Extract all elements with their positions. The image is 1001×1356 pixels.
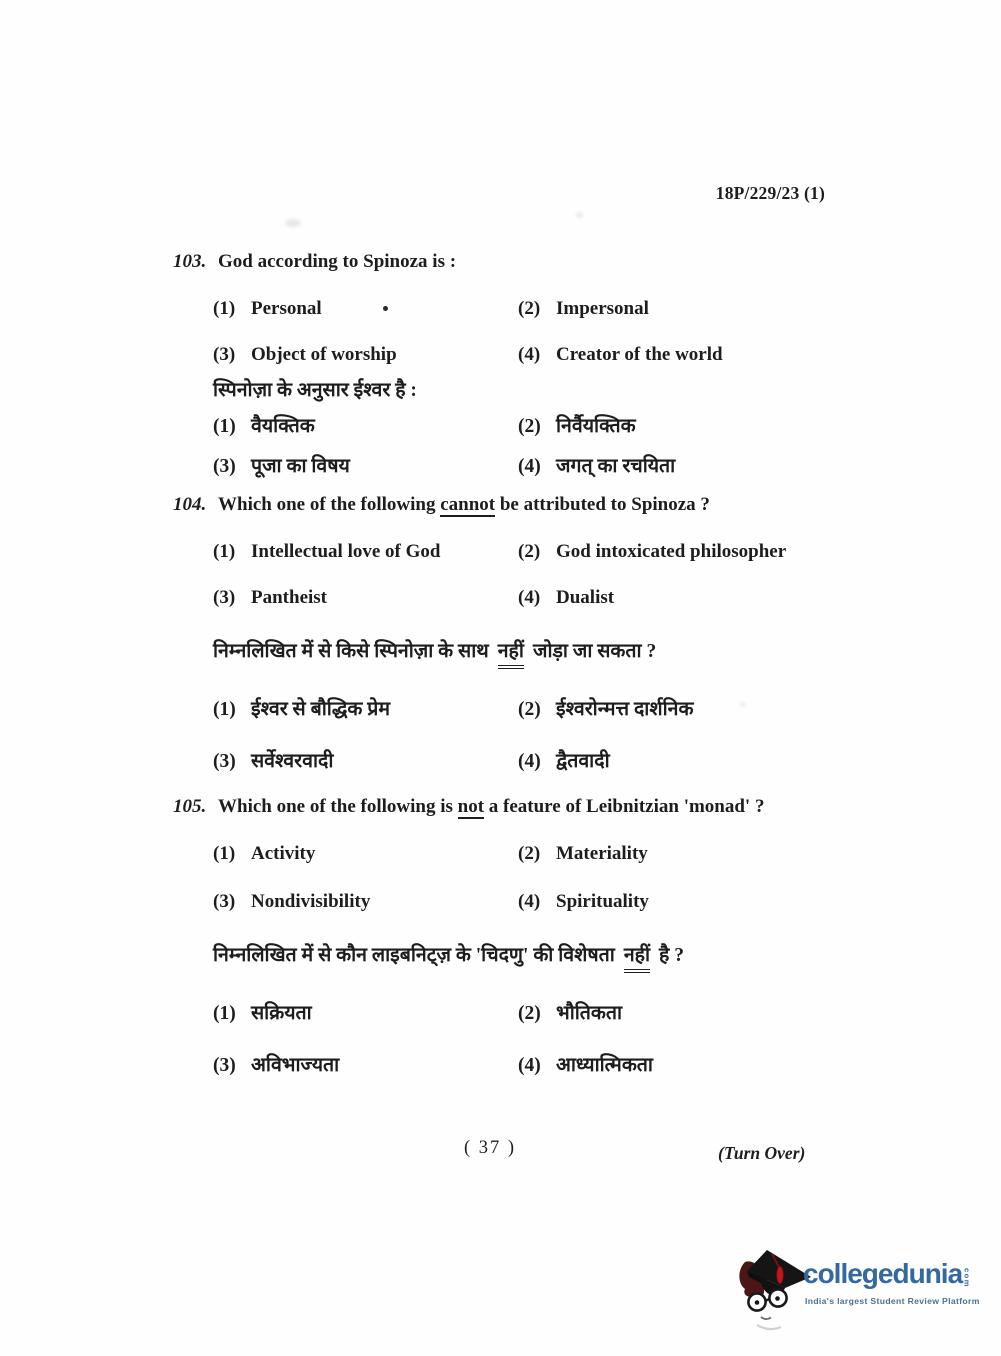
option-3: (3)Nondivisibility (213, 889, 518, 915)
question-text-post: a feature of Leibnitzian 'monad' ? (484, 796, 764, 817)
collegedunia-logo: collegedunia com India's largest Student… (733, 1234, 995, 1338)
question-text-underlined: नहीं (498, 639, 524, 669)
option-marker: (1) (213, 414, 251, 440)
option-marker: (4) (518, 585, 556, 611)
option-label: ईश्वरोन्मत्त दार्शनिक (556, 699, 693, 720)
option-label: सर्वेश्वरवादी (251, 751, 333, 772)
option-2: (2)भौतिकता (518, 1001, 853, 1027)
option-3: (3)Object of worship (213, 342, 518, 368)
option-2: (2)God intoxicated philosopher (518, 539, 853, 565)
option-4: (4)द्वैतवादी (518, 749, 853, 775)
question-text-pre: निम्नलिखित में से किसे स्पिनोज़ा के साथ (213, 639, 489, 669)
options-english: (1)Intellectual love of God (2)God intox… (213, 539, 853, 611)
question-text-underlined: cannot (440, 494, 495, 517)
option-label: Personal (251, 298, 322, 319)
question-text-pre: स्पिनोज़ा के अनुसार ईश्वर है : (213, 378, 417, 404)
exam-paper-page: 18P/229/23 (1) 103. God according to Spi… (0, 0, 1001, 1356)
option-label: Dualist (556, 587, 614, 608)
option-2: (2)Impersonal (518, 296, 853, 322)
option-marker: (2) (518, 697, 556, 723)
option-marker: (2) (518, 296, 556, 322)
scan-smudge (576, 212, 583, 218)
option-2: (2)Materiality (518, 841, 853, 867)
mascot-chin (757, 1325, 781, 1329)
option-1: (1)Activity (213, 841, 518, 867)
option-marker: (3) (213, 889, 251, 915)
brand-tld: com (963, 1268, 971, 1288)
option-label: आध्यात्मिकता (556, 1055, 653, 1076)
option-marker: (2) (518, 539, 556, 565)
question-number: 103. (173, 249, 209, 275)
option-label: Object of worship (251, 344, 397, 365)
option-1: (1)Intellectual love of God (213, 539, 518, 565)
option-label: अविभाज्यता (251, 1055, 339, 1076)
question-text-pre: Which one of the following is (218, 796, 458, 817)
option-4: (4)आध्यात्मिकता (518, 1053, 853, 1079)
option-marker: (3) (213, 454, 251, 480)
option-4: (4)जगत् का रचयिता (518, 454, 853, 480)
option-2: (2)ईश्वरोन्मत्त दार्शनिक (518, 697, 853, 723)
brand-wordmark: collegedunia (803, 1260, 962, 1288)
option-2: (2)निर्वैयक्तिक (518, 414, 853, 440)
option-marker: (2) (518, 414, 556, 440)
option-label: Creator of the world (556, 344, 723, 365)
question-105: 105. Which one of the following is not a… (173, 794, 853, 1089)
option-label: Materiality (556, 843, 648, 864)
option-3: (3)Pantheist (213, 585, 518, 611)
question-text: Which one of the following is not a feat… (218, 794, 764, 820)
option-marker: (2) (518, 841, 556, 867)
options-hindi: (1)सक्रियता (2)भौतिकता (3)अविभाज्यता (4)… (213, 1001, 853, 1079)
brand-tagline: India's largest Student Review Platform (805, 1296, 980, 1306)
option-label: Nondivisibility (251, 891, 370, 912)
option-label: भौतिकता (556, 1003, 622, 1024)
option-4: (4)Creator of the world (518, 342, 853, 368)
options-hindi: (1)ईश्वर से बौद्धिक प्रेम (2)ईश्वरोन्मत्… (213, 697, 853, 775)
option-1: (1)वैयक्तिक (213, 414, 518, 440)
option-marker: (4) (518, 889, 556, 915)
page-number: ( 37 ) (464, 1138, 516, 1159)
question-text-post: be attributed to Spinoza ? (495, 494, 710, 515)
option-label: द्वैतवादी (556, 751, 610, 772)
option-marker: (3) (213, 342, 251, 368)
question-text-underlined: नहीं (624, 943, 650, 973)
option-3: (3)अविभाज्यता (213, 1053, 518, 1079)
option-marker: (3) (213, 585, 251, 611)
question-text: God according to Spinoza is : (218, 249, 456, 275)
option-1: (1)ईश्वर से बौद्धिक प्रेम (213, 697, 518, 723)
option-3: (3)पूजा का विषय (213, 454, 518, 480)
question-104: 104. Which one of the following cannot b… (173, 492, 853, 785)
option-marker: (1) (213, 697, 251, 723)
option-4: (4)Spirituality (518, 889, 853, 915)
question-103-english: 103. God according to Spinoza is : (173, 249, 853, 275)
option-label: ईश्वर से बौद्धिक प्रेम (251, 699, 390, 720)
option-label: Spirituality (556, 891, 649, 912)
question-104-hindi: निम्नलिखित में से किसे स्पिनोज़ा के साथ … (213, 639, 853, 669)
paper-code: 18P/229/23 (1) (716, 183, 825, 204)
question-104-english: 104. Which one of the following cannot b… (173, 492, 853, 518)
question-text-underlined: not (458, 796, 484, 819)
option-label: जगत् का रचयिता (556, 456, 675, 477)
question-text-post: है ? (659, 943, 684, 973)
option-marker: (1) (213, 841, 251, 867)
options-hindi: (1)वैयक्तिक (2)निर्वैयक्तिक (3)पूजा का व… (213, 414, 853, 480)
option-marker: (3) (213, 749, 251, 775)
option-marker: (2) (518, 1001, 556, 1027)
option-label: सक्रियता (251, 1003, 312, 1024)
option-label: Activity (251, 843, 315, 864)
question-text: Which one of the following cannot be att… (218, 492, 710, 518)
question-text-pre: God according to Spinoza is : (218, 251, 456, 272)
option-3: (3)सर्वेश्वरवादी (213, 749, 518, 775)
option-4: (4)Dualist (518, 585, 853, 611)
option-marker: (4) (518, 749, 556, 775)
option-1: (1)Personal (213, 296, 518, 322)
option-label: Impersonal (556, 298, 649, 319)
options-english: (1)Personal (2)Impersonal (3)Object of w… (213, 296, 853, 368)
option-marker: (1) (213, 1001, 251, 1027)
question-103-hindi: स्पिनोज़ा के अनुसार ईश्वर है : (213, 378, 853, 404)
scan-smudge (285, 219, 301, 227)
option-marker: (1) (213, 296, 251, 322)
question-103: 103. God according to Spinoza is : (1)Pe… (173, 249, 853, 490)
question-text-pre: Which one of the following (218, 494, 440, 515)
question-105-hindi: निम्नलिखित में से कौन लाइबनिट्ज़ के 'चिद… (213, 943, 853, 973)
question-number: 105. (173, 794, 209, 820)
question-text-pre: निम्नलिखित में से कौन लाइबनिट्ज़ के 'चिद… (213, 943, 615, 973)
question-text-post: जोड़ा जा सकता ? (533, 639, 656, 669)
option-label: Intellectual love of God (251, 541, 440, 562)
option-label: Pantheist (251, 587, 327, 608)
options-english: (1)Activity (2)Materiality (3)Nondivisib… (213, 841, 853, 915)
mascot-smile (761, 1317, 771, 1319)
option-label: निर्वैयक्तिक (556, 416, 636, 437)
option-marker: (3) (213, 1053, 251, 1079)
option-marker: (4) (518, 342, 556, 368)
option-label: वैयक्तिक (251, 416, 315, 437)
question-number: 104. (173, 492, 209, 518)
question-105-english: 105. Which one of the following is not a… (173, 794, 853, 820)
option-label: पूजा का विषय (251, 456, 350, 477)
option-label: God intoxicated philosopher (556, 541, 786, 562)
option-marker: (1) (213, 539, 251, 565)
option-marker: (4) (518, 1053, 556, 1079)
option-marker: (4) (518, 454, 556, 480)
option-1: (1)सक्रियता (213, 1001, 518, 1027)
turn-over-note: (Turn Over) (718, 1143, 805, 1164)
